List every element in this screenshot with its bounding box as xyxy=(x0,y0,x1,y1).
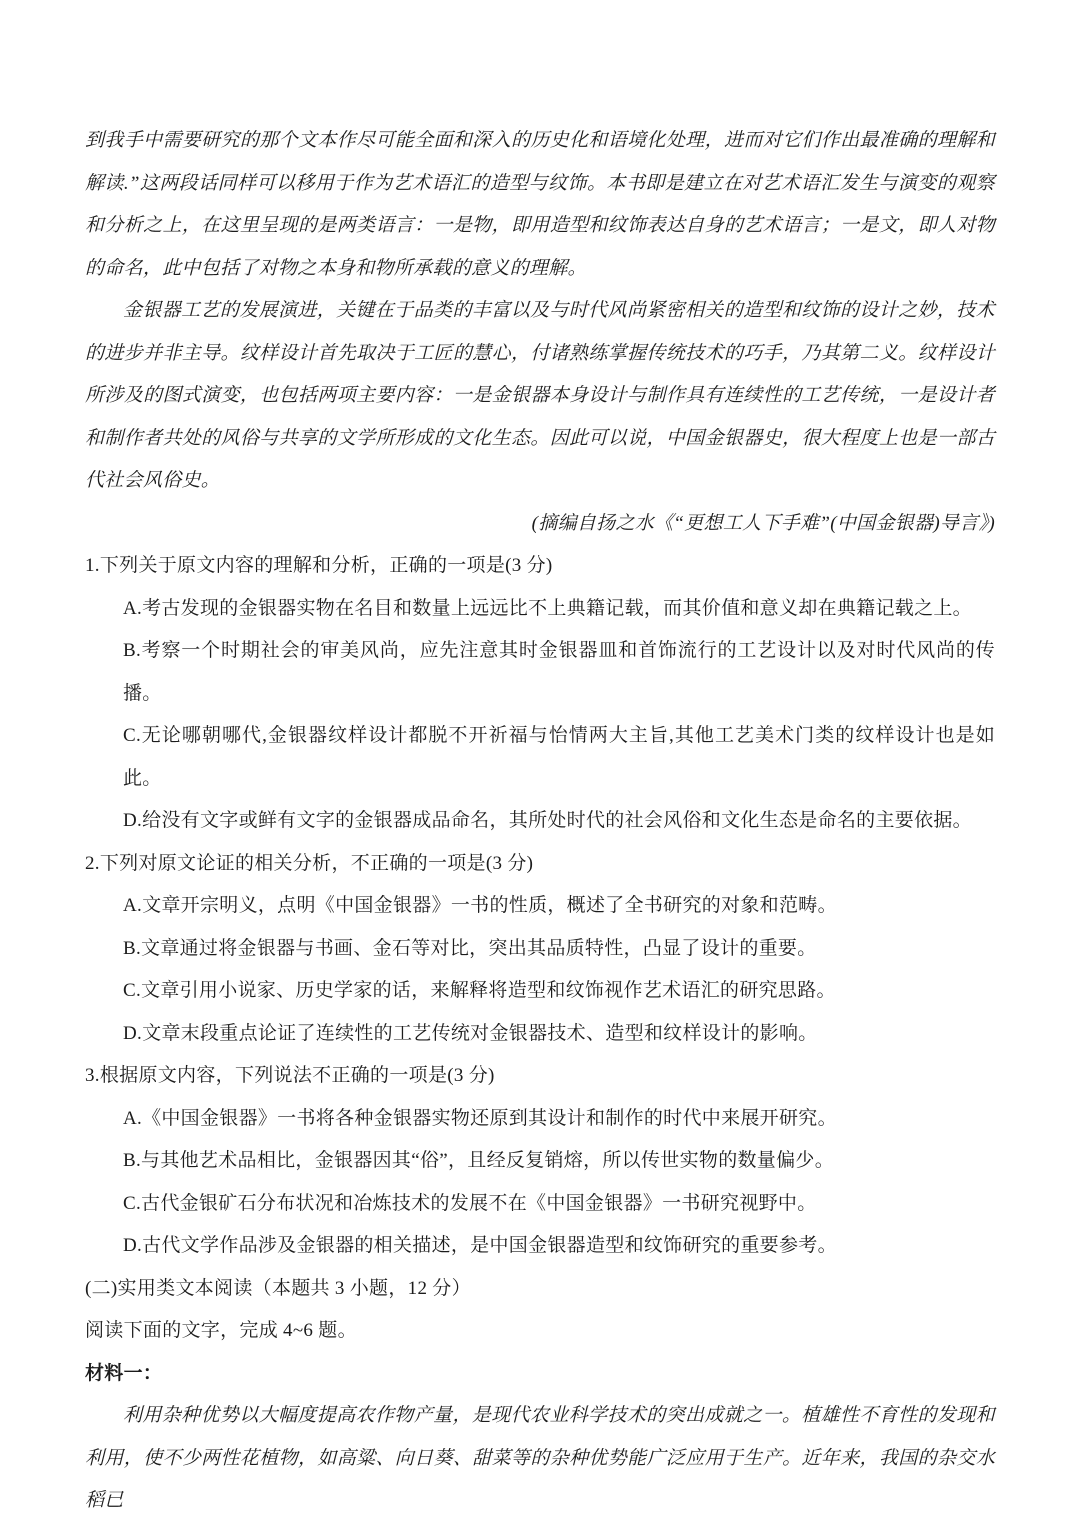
question-2-option-d: D.文章末段重点论证了连续性的工艺传统对金银器技术、造型和纹样设计的影响。 xyxy=(85,1013,995,1056)
question-2-option-b: B.文章通过将金银器与书画、金石等对比，突出其品质特性，凸显了设计的重要。 xyxy=(85,928,995,971)
question-3-option-b: B.与其他艺术品相比，金银器因其“俗”，且经反复销熔，所以传世实物的数量偏少。 xyxy=(85,1140,995,1183)
material-1-label: 材料一： xyxy=(85,1353,995,1396)
question-3-option-c: C.古代金银矿石分布状况和冶炼技术的发展不在《中国金银器》一书研究视野中。 xyxy=(85,1183,995,1226)
question-1: 1.下列关于原文内容的理解和分析，正确的一项是(3 分) A.考古发现的金银器实… xyxy=(85,545,995,843)
question-1-stem: 1.下列关于原文内容的理解和分析，正确的一项是(3 分) xyxy=(85,545,995,588)
question-3: 3.根据原文内容，下列说法不正确的一项是(3 分) A.《中国金银器》一书将各种… xyxy=(85,1055,995,1268)
passage-paragraph-2: 金银器工艺的发展演进，关键在于品类的丰富以及与时代风尚紧密相关的造型和纹饰的设计… xyxy=(85,290,995,503)
question-2: 2.下列对原文论证的相关分析，不正确的一项是(3 分) A.文章开宗明义，点明《… xyxy=(85,843,995,1056)
material-1-paragraph: 利用杂种优势以大幅度提高农作物产量，是现代农业科学技术的突出成就之一。植雄性不育… xyxy=(85,1395,995,1523)
question-1-option-a: A.考古发现的金银器实物在名目和数量上远远比不上典籍记载，而其价值和意义却在典籍… xyxy=(85,588,995,631)
question-3-stem: 3.根据原文内容，下列说法不正确的一项是(3 分) xyxy=(85,1055,995,1098)
exam-page: 到我手中需要研究的那个文本作尽可能全面和深入的历史化和语境化处理，进而对它们作出… xyxy=(0,0,1080,1527)
question-1-option-c: C.无论哪朝哪代,金银器纹样设计都脱不开祈福与怡情两大主旨,其他工艺美术门类的纹… xyxy=(85,715,995,800)
section-2-heading: (二)实用类文本阅读（本题共 3 小题，12 分） xyxy=(85,1268,995,1311)
passage-paragraph-continued: 到我手中需要研究的那个文本作尽可能全面和深入的历史化和语境化处理，进而对它们作出… xyxy=(85,120,995,290)
passage-citation: (摘编自扬之水《“更想工人下手难”(中国金银器)导言》) xyxy=(85,503,995,546)
question-1-option-b: B.考察一个时期社会的审美风尚，应先注意其时金银器皿和首饰流行的工艺设计以及对时… xyxy=(85,630,995,715)
question-2-option-a: A.文章开宗明义，点明《中国金银器》一书的性质，概述了全书研究的对象和范畴。 xyxy=(85,885,995,928)
question-1-option-d: D.给没有文字或鲜有文字的金银器成品命名，其所处时代的社会风俗和文化生态是命名的… xyxy=(85,800,995,843)
question-2-stem: 2.下列对原文论证的相关分析，不正确的一项是(3 分) xyxy=(85,843,995,886)
question-3-option-d: D.古代文学作品涉及金银器的相关描述，是中国金银器造型和纹饰研究的重要参考。 xyxy=(85,1225,995,1268)
question-3-option-a: A.《中国金银器》一书将各种金银器实物还原到其设计和制作的时代中来展开研究。 xyxy=(85,1098,995,1141)
section-2-instruction: 阅读下面的文字，完成 4~6 题。 xyxy=(85,1310,995,1353)
question-2-option-c: C.文章引用小说家、历史学家的话，来解释将造型和纹饰视作艺术语汇的研究思路。 xyxy=(85,970,995,1013)
